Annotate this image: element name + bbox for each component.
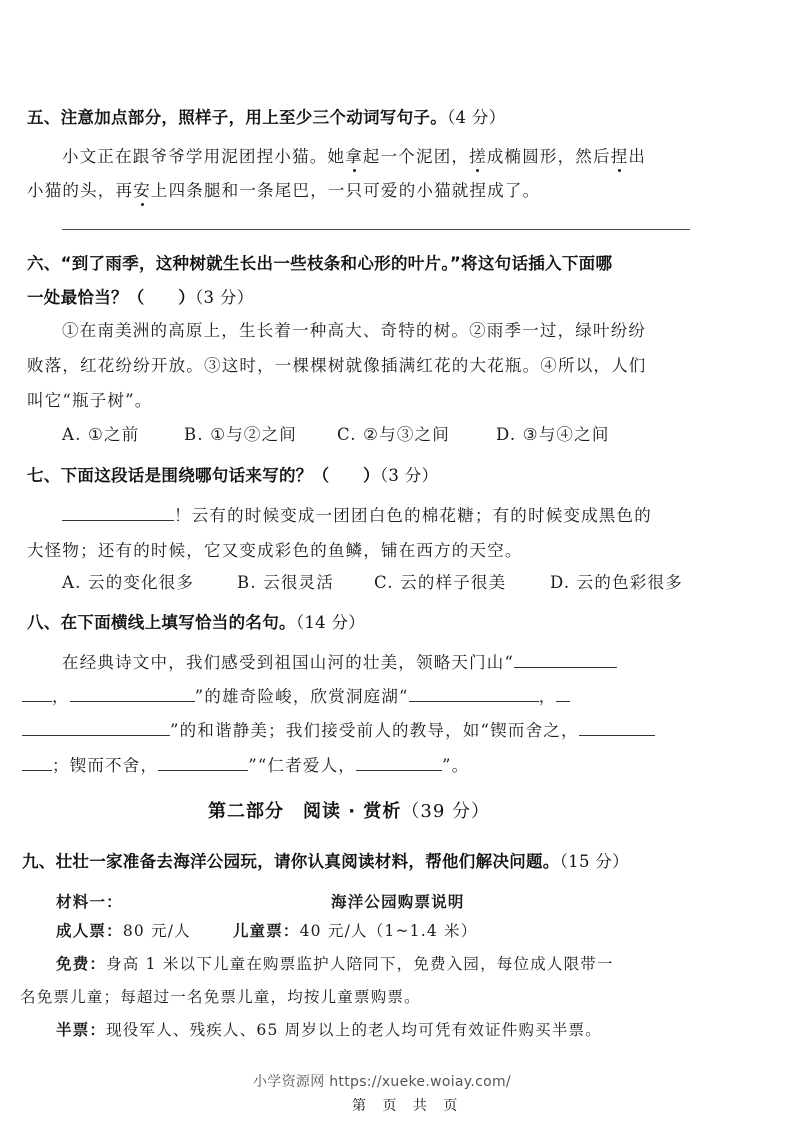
question-5-score: （4 分） (447, 108, 506, 127)
footer-site-link[interactable]: 小学资源网 https://xueke.woiay.com/ (253, 1071, 511, 1091)
question-7-text: 七、下面这段话是围绕哪句话来写的？（ ） (27, 466, 380, 485)
question-6-passage-line-2: 败落，红花纷纷开放。③这时，一棵棵树就像插满红花的大花瓶。④所以，人们 (27, 352, 647, 376)
half-price-label: 半票： (56, 1021, 106, 1039)
question-8-line-1: 在经典诗文中，我们感受到祖国山河的壮美，领略天门山“ (62, 649, 617, 673)
material-title: 海洋公园购票说明 (331, 890, 465, 912)
option-b[interactable]: B. 云很灵活 (237, 569, 374, 593)
fill-blank[interactable] (356, 756, 442, 771)
emphasized-verb: 捏 (611, 143, 629, 167)
emphasized-verb: 搓 (469, 143, 487, 167)
fill-blank[interactable] (22, 756, 52, 771)
free-text: 身高 1 米以下儿童在购票监护人陪同下，免费入园，每位成人限带一 (106, 955, 614, 973)
question-7-passage-line-2: 大怪物；还有的时候，它又变成彩色的鱼鳞，铺在西方的天空。 (27, 537, 523, 561)
passage-text: 出 (628, 147, 646, 166)
fill-blank[interactable] (62, 506, 174, 521)
question-9-title: 九、壮壮一家准备去海洋公园玩，请你认真阅读材料，帮他们解决问题。（15 分） (22, 848, 629, 872)
question-8-text: 八、在下面横线上填写恰当的名句。 (27, 613, 296, 632)
passage-text: 在经典诗文中，我们感受到祖国山河的壮美，领略天门山“ (62, 653, 514, 672)
question-8-line-4: ；锲而不舍，”“仁者爱人，”。 (22, 752, 469, 776)
free-policy-line-1: 免费：身高 1 米以下儿童在购票监护人陪同下，免费入园，每位成人限带一 (56, 952, 614, 974)
passage-text: 小文正在跟爷爷学用泥团捏小猫。她 (62, 147, 345, 166)
section-title: 第二部分 阅读 · 赏析 (208, 801, 401, 822)
passage-text: ！云有的时候变成一团团白色的棉花糖；有的时候变成黑色的 (174, 506, 652, 525)
question-6-title-line-1: 六、“到了雨季，这种树就生长出一些枝条和心形的叶片。”将这句话插入下面哪 (27, 250, 612, 274)
question-7-score: （3 分） (380, 466, 439, 485)
question-6-title-line-2: 一处最恰当？（ ）（3 分） (27, 284, 254, 308)
question-6-passage-line-3: 叫它“瓶子树”。 (27, 387, 152, 411)
question-7-options: A. 云的变化很多B. 云很灵活C. 云的样子很美D. 云的色彩很多 (62, 569, 683, 593)
question-6-score: （3 分） (195, 288, 254, 307)
passage-text: 成椭圆形，然后 (487, 147, 611, 166)
question-8-line-3: ”的和谐静美；我们接受前人的教导，如“锲而舍之， (22, 717, 655, 741)
passage-text: 小猫的头，再 (27, 181, 133, 200)
footer-page-number: 第 页 共 页 (352, 1095, 463, 1115)
free-policy-line-2: 名免票儿童；每超过一名免票儿童，均按儿童票购票。 (20, 985, 421, 1007)
option-a[interactable]: A. 云的变化很多 (62, 569, 237, 593)
section-header: 第二部分 阅读 · 赏析（39 分） (208, 797, 490, 823)
passage-text: ”的和谐静美；我们接受前人的教导，如“锲而舍之， (170, 721, 579, 740)
option-c[interactable]: C. 云的样子很美 (374, 569, 550, 593)
passage-text: ， (52, 687, 70, 706)
passage-text: 起一个泥团， (363, 147, 469, 166)
option-b[interactable]: B. ①与②之间 (184, 421, 337, 445)
fill-blank[interactable] (22, 687, 52, 702)
half-price-text: 现役军人、残疾人、65 周岁以上的老人均可凭有效证件购买半票。 (106, 1021, 602, 1039)
passage-text: ；锲而不舍， (52, 756, 158, 775)
fill-blank[interactable] (514, 653, 617, 668)
fill-blank[interactable] (22, 721, 170, 736)
emphasized-verb: 安 (133, 177, 151, 201)
question-6-options: A. ①之前B. ①与②之间C. ②与③之间D. ③与④之间 (62, 421, 610, 445)
question-5-passage-line-1: 小文正在跟爷爷学用泥团捏小猫。她拿起一个泥团，搓成椭圆形，然后捏出 (62, 143, 646, 167)
child-ticket-label: 儿童票： (233, 922, 300, 940)
material-label: 材料一： (56, 890, 123, 912)
adult-ticket-label: 成人票： (56, 922, 123, 940)
adult-ticket-price: 80 元/人 (123, 919, 233, 941)
free-label: 免费： (56, 955, 106, 973)
ticket-prices: 成人票：80 元/人儿童票：40 元/人（1~1.4 米） (56, 919, 477, 941)
question-6-passage-line-1: ①在南美洲的高原上，生长着一种高大、奇特的树。②雨季一过，绿叶纷纷 (62, 317, 646, 341)
section-score: （39 分） (401, 801, 490, 822)
emphasized-verb: 拿 (345, 143, 363, 167)
question-5-passage-line-2: 小猫的头，再安上四条腿和一条尾巴，一只可爱的小猫就捏成了。 (27, 177, 540, 201)
passage-text: ”“仁者爱人， (248, 756, 356, 775)
child-ticket-price: 40 元/人（1~1.4 米） (300, 922, 478, 940)
answer-line[interactable] (62, 229, 690, 230)
question-8-line-2: ，”的雄奇险峻，欣赏洞庭湖“， (22, 683, 570, 707)
fill-blank[interactable] (409, 687, 539, 702)
question-8-score: （14 分） (296, 613, 365, 632)
question-7-passage-line-1: ！云有的时候变成一团团白色的棉花糖；有的时候变成黑色的 (62, 502, 652, 526)
passage-text: ， (539, 687, 557, 706)
question-9-score: （15 分） (560, 852, 629, 871)
fill-blank[interactable] (158, 756, 248, 771)
question-7-title: 七、下面这段话是围绕哪句话来写的？（ ）（3 分） (27, 462, 438, 486)
question-5-text: 五、注意加点部分，照样子，用上至少三个动词写句子。 (27, 108, 447, 127)
question-9-text: 九、壮壮一家准备去海洋公园玩，请你认真阅读材料，帮他们解决问题。 (22, 852, 560, 871)
option-d[interactable]: D. ③与④之间 (496, 421, 610, 445)
option-a[interactable]: A. ①之前 (62, 421, 184, 445)
question-6-text: 一处最恰当？（ ） (27, 288, 195, 307)
fill-blank[interactable] (556, 687, 570, 702)
option-c[interactable]: C. ②与③之间 (337, 421, 496, 445)
fill-blank[interactable] (70, 687, 195, 702)
passage-text: ”。 (442, 756, 469, 775)
passage-text: 上四条腿和一条尾巴，一只可爱的小猫就捏成了。 (151, 181, 540, 200)
option-d[interactable]: D. 云的色彩很多 (550, 569, 683, 593)
passage-text: ”的雄奇险峻，欣赏洞庭湖“ (195, 687, 409, 706)
fill-blank[interactable] (579, 721, 655, 736)
half-price-policy: 半票：现役军人、残疾人、65 周岁以上的老人均可凭有效证件购买半票。 (56, 1018, 602, 1040)
question-8-title: 八、在下面横线上填写恰当的名句。（14 分） (27, 609, 365, 633)
question-5-title: 五、注意加点部分，照样子，用上至少三个动词写句子。（4 分） (27, 104, 506, 128)
